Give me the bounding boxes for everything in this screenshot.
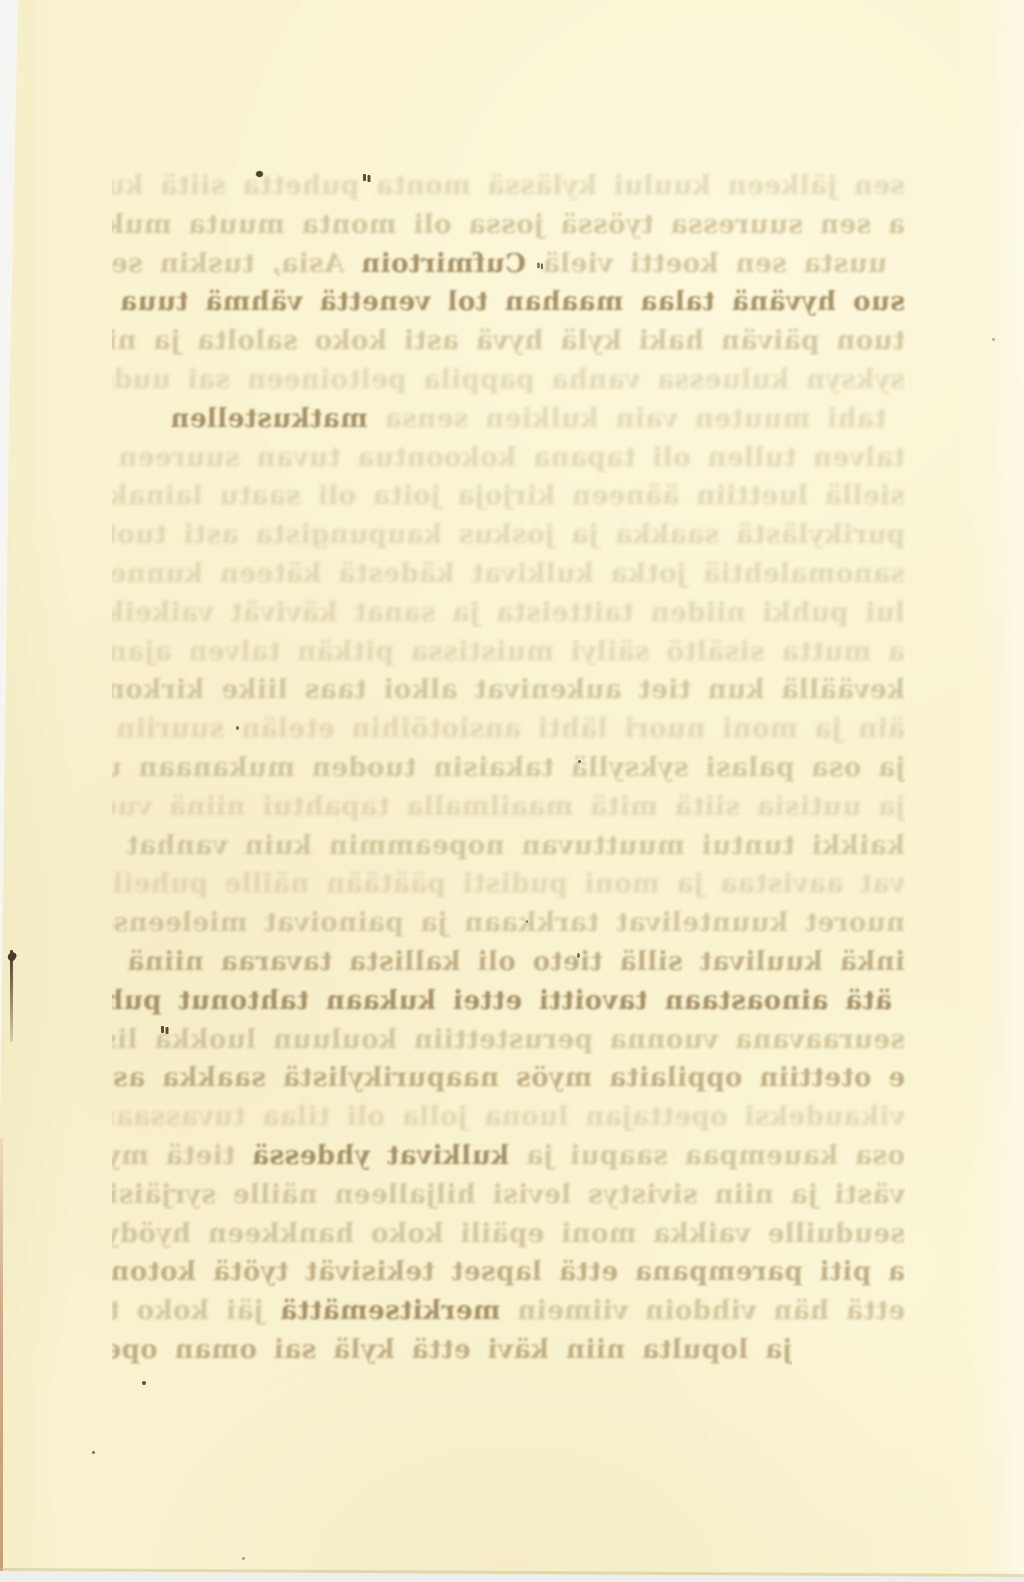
ghost-text-line: seuduille vaikka moni epäili koko hankke… [112, 1219, 905, 1249]
ghost-text-line: seuraavana vuonna perustettiin kouluun l… [112, 1025, 905, 1055]
scanned-page: sen jälkeen kuului kylässä monta puhetta… [0, 0, 1024, 1582]
ghost-text-fragment: syksyn kuluessa vanha pappila peltoineen… [112, 365, 905, 395]
ghost-text-line: purikylästä saakka ja joskus kaupungista… [112, 520, 905, 550]
ghost-text: sen jälkeen kuului kylässä monta puhetta… [0, 0, 1024, 1582]
ghost-text-fragment: purikylästä saakka ja joskus kaupungista… [112, 520, 905, 550]
ghost-text-fragment: kulkivat yhdessä [252, 1141, 510, 1171]
ghost-text-fragment: e otettiin oppilaita myös naapurikylistä… [112, 1063, 905, 1093]
ghost-text-line: västi ja niin sivistys levisi hiljalleen… [112, 1180, 905, 1210]
ghost-text-fragment: ja lopulta niin kävi että kylä sai oman … [112, 1335, 792, 1365]
ghost-text-fragment: vat aavistaa ja moni pudisti päätään näi… [112, 869, 905, 899]
ghost-text-fragment: seuduille vaikka moni epäili koko hankke… [112, 1219, 905, 1249]
ghost-text-fragment: uusta sen koetti vielä [526, 249, 887, 279]
speck-mark [92, 1451, 95, 1454]
speck-mark [242, 1557, 245, 1560]
ghost-text-line: talven tullen oli tapana kokoontua tuvan… [112, 443, 905, 473]
ghost-text-line: ja uutisia siitä mitä maailmalla tapahtu… [112, 792, 905, 822]
ghost-text-line: nuoret kuuntelivat tarkkaan ja painoivat… [112, 908, 905, 938]
ghost-text-fragment: lui puhki niiden taitteista ja sanat käv… [112, 598, 905, 628]
ditto-mark [161, 1026, 164, 1033]
page-edge-line [0, 1138, 3, 1574]
ghost-text-line: tuon päivän haki kylä hyvä asti koko sal… [112, 326, 905, 356]
ghost-text-line: tahi muuten vain kulkien sensa matkustel… [170, 404, 886, 434]
ghost-text-fragment: ja uutisia siitä mitä maailmalla tapahtu… [112, 792, 905, 822]
ghost-text-fragment: tietä myös k [112, 1141, 252, 1171]
ghost-text-line: inkä kuulivat sillä tieto oli kallista t… [112, 947, 905, 977]
ghost-text-line: sanomalehtiä jotka kulkivat kädestä käte… [112, 559, 905, 589]
ghost-text-fragment: äin ja moni nuori lähti ansiotöihin etel… [112, 714, 905, 744]
speck-mark [577, 953, 580, 958]
ghost-text-line: ätä ainoastaan tavoitti ettei kukaan tah… [112, 986, 892, 1016]
ghost-text-line: lui puhki niiden taitteista ja sanat käv… [112, 598, 905, 628]
speck-mark [142, 1381, 146, 1385]
ghost-text-line: siellä luettiin ääneen kirjoja joita oli… [112, 481, 905, 511]
ghost-text-fragment: a piti parempana että lapset tekisivät t… [112, 1257, 905, 1287]
ghost-text-fragment: inkä kuulivat sillä tieto oli kallista t… [112, 947, 905, 977]
ghost-text-line: ja osa palasi syksyllä takaisin tuoden m… [112, 753, 905, 783]
ghost-text-fragment: suo hyvänä talaa maahan tol venettä vähm… [112, 287, 905, 317]
ghost-text-fragment: siellä luettiin ääneen kirjoja joita oli… [112, 481, 905, 511]
ghost-text-fragment: sanomalehtiä jotka kulkivat kädestä käte… [112, 559, 905, 589]
speck-mark [526, 920, 528, 923]
ghost-text-fragment: ja osa palasi syksyllä takaisin tuoden m… [112, 753, 905, 783]
ghost-text-line: sen jälkeen kuului kylässä monta puhetta… [112, 171, 905, 201]
ghost-text-line: että hän vihdoin viimein merkitsemättä j… [112, 1296, 905, 1326]
pen-stroke-mark [10, 950, 13, 1042]
ghost-text-line: kaikki tuntui muuttuvan nopeammin kuin v… [112, 831, 905, 861]
ghost-text-fragment: ätä ainoastaan tavoitti ettei kukaan tah… [112, 986, 892, 1016]
ghost-text-line: a mutta sisältö säilyi muistissa pitkän … [112, 637, 905, 667]
ghost-text-fragment: tuon päivän haki kylä hyvä asti koko sal… [112, 326, 905, 356]
ghost-text-line: syksyn kuluessa vanha pappila peltoineen… [112, 365, 905, 395]
speck-mark [578, 760, 581, 763]
ghost-text-line: ja lopulta niin kävi että kylä sai oman … [112, 1335, 792, 1365]
ghost-text-line: a sen suuressa työssä jossa oli monta mu… [112, 210, 905, 240]
ghost-text-fragment: a sen suuressa työssä jossa oli monta mu… [112, 210, 905, 240]
ghost-text-fragment: osa kauempaa saapui ja [509, 1141, 905, 1171]
ghost-text-fragment: a mutta sisältö säilyi muistissa pitkän … [112, 637, 905, 667]
speck-mark [992, 338, 995, 341]
ghost-text-line: vat aavistaa ja moni pudisti päätään näi… [112, 869, 905, 899]
ghost-text-fragment: matkustellen [170, 404, 368, 434]
ghost-text-line: suo hyvänä talaa maahan tol venettä vähm… [112, 287, 905, 317]
ghost-text-line: keväällä kun tiet aukenivat alkoi taas l… [112, 675, 905, 705]
ghost-text-fragment: keväällä kun tiet aukenivat alkoi taas l… [112, 675, 905, 705]
ghost-text-fragment: talven tullen oli tapana kokoontua tuvan… [112, 443, 905, 473]
ditto-mark [363, 174, 366, 181]
ditto-mark [537, 263, 539, 269]
ghost-text-fragment: Cufmirtoin [361, 249, 526, 279]
ghost-text-line: vikaudeksi opettajan luona jolla oli til… [112, 1102, 905, 1132]
ghost-text-fragment: Asia, tuskin sen vuoksi m [112, 249, 361, 279]
dot-mark [256, 171, 263, 177]
ghost-text-fragment: tahi muuten vain kulkien sensa [368, 404, 887, 434]
ghost-text-line: a piti parempana että lapset tekisivät t… [112, 1257, 905, 1287]
ghost-text-fragment: vikaudeksi opettajan luona jolla oli til… [112, 1102, 905, 1132]
ghost-text-line: e otettiin oppilaita myös naapurikylistä… [112, 1063, 905, 1093]
ghost-text-fragment: merkitsemättä [280, 1296, 501, 1326]
ghost-text-fragment: sen jälkeen kuului kylässä monta puhetta… [112, 171, 905, 201]
ghost-text-fragment: jäi koko t [112, 1296, 280, 1326]
ghost-text-fragment: että hän vihdoin viimein [500, 1296, 905, 1326]
ghost-text-fragment: seuraavana vuonna perustettiin kouluun l… [112, 1025, 905, 1055]
ghost-text-line: uusta sen koetti vielä Cufmirtoin Asia, … [112, 249, 887, 279]
ghost-text-line: äin ja moni nuori lähti ansiotöihin etel… [112, 714, 905, 744]
ghost-text-fragment: nuoret kuuntelivat tarkkaan ja painoivat… [112, 908, 905, 938]
ghost-text-fragment: kaikki tuntui muuttuvan nopeammin kuin v… [112, 831, 905, 861]
ghost-text-fragment: västi ja niin sivistys levisi hiljalleen… [112, 1180, 905, 1210]
ghost-text-line: osa kauempaa saapui ja kulkivat yhdessä … [112, 1141, 905, 1171]
speck-mark [236, 726, 239, 730]
